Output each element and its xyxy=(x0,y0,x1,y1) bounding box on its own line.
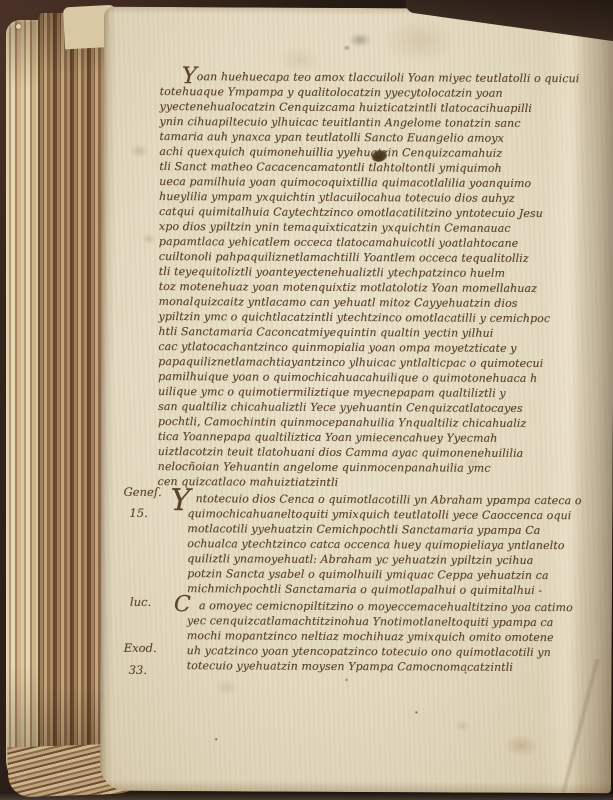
manuscript-paragraph: Y ntotecuio dios Cenca o quimotlacotilli… xyxy=(187,491,598,598)
page-edge-stack-outer xyxy=(6,20,40,790)
paragraph-lines: ntotecuio dios Cenca o quimotlacotilli y… xyxy=(187,491,598,598)
manuscript-paragraph: Y oan huehuecapa teo amox tlaccuiloli Yo… xyxy=(158,69,600,491)
paragraph-initial: C xyxy=(174,594,191,616)
paragraph-initial: Y xyxy=(170,486,190,516)
margin-note-genesis: Geneſ. xyxy=(123,485,161,499)
table-edge-shadow xyxy=(0,793,613,800)
margin-note-exodus: Exod. xyxy=(124,641,157,655)
paragraph-lines: oan huehuecapa teo amox tlaccuiloli Yoan… xyxy=(158,69,600,491)
margin-note-luke: luc. xyxy=(130,595,151,609)
wormhole-mark xyxy=(16,24,21,29)
manuscript-line: totecuio yyehuatzin moysen Ypampa Camocn… xyxy=(187,658,597,675)
manuscript-line: michmichpochtli Sanctamaria o quimotlapa… xyxy=(187,581,597,598)
page-edge-stack-inner xyxy=(38,13,106,795)
manuscript-page: Y oan huehuecapa teo amox tlaccuiloli Yo… xyxy=(100,7,613,794)
manuscript-line: cen quizcatlaco mahuiztiatzintli xyxy=(158,474,598,491)
manuscript-text: Y oan huehuecapa teo amox tlaccuiloli Yo… xyxy=(157,69,600,675)
manuscript-paragraph: C a omoyec cemicnopiltitzino o moyeccema… xyxy=(187,598,597,675)
margin-note-genesis-number: 15. xyxy=(129,506,147,520)
paragraph-initial: Y xyxy=(182,65,197,88)
paragraph-lines: a omoyec cemicnopiltitzino o moyeccemace… xyxy=(187,598,597,675)
book-photo: Y oan huehuecapa teo amox tlaccuiloli Yo… xyxy=(0,0,613,800)
margin-note-exodus-number: 33. xyxy=(129,663,147,677)
